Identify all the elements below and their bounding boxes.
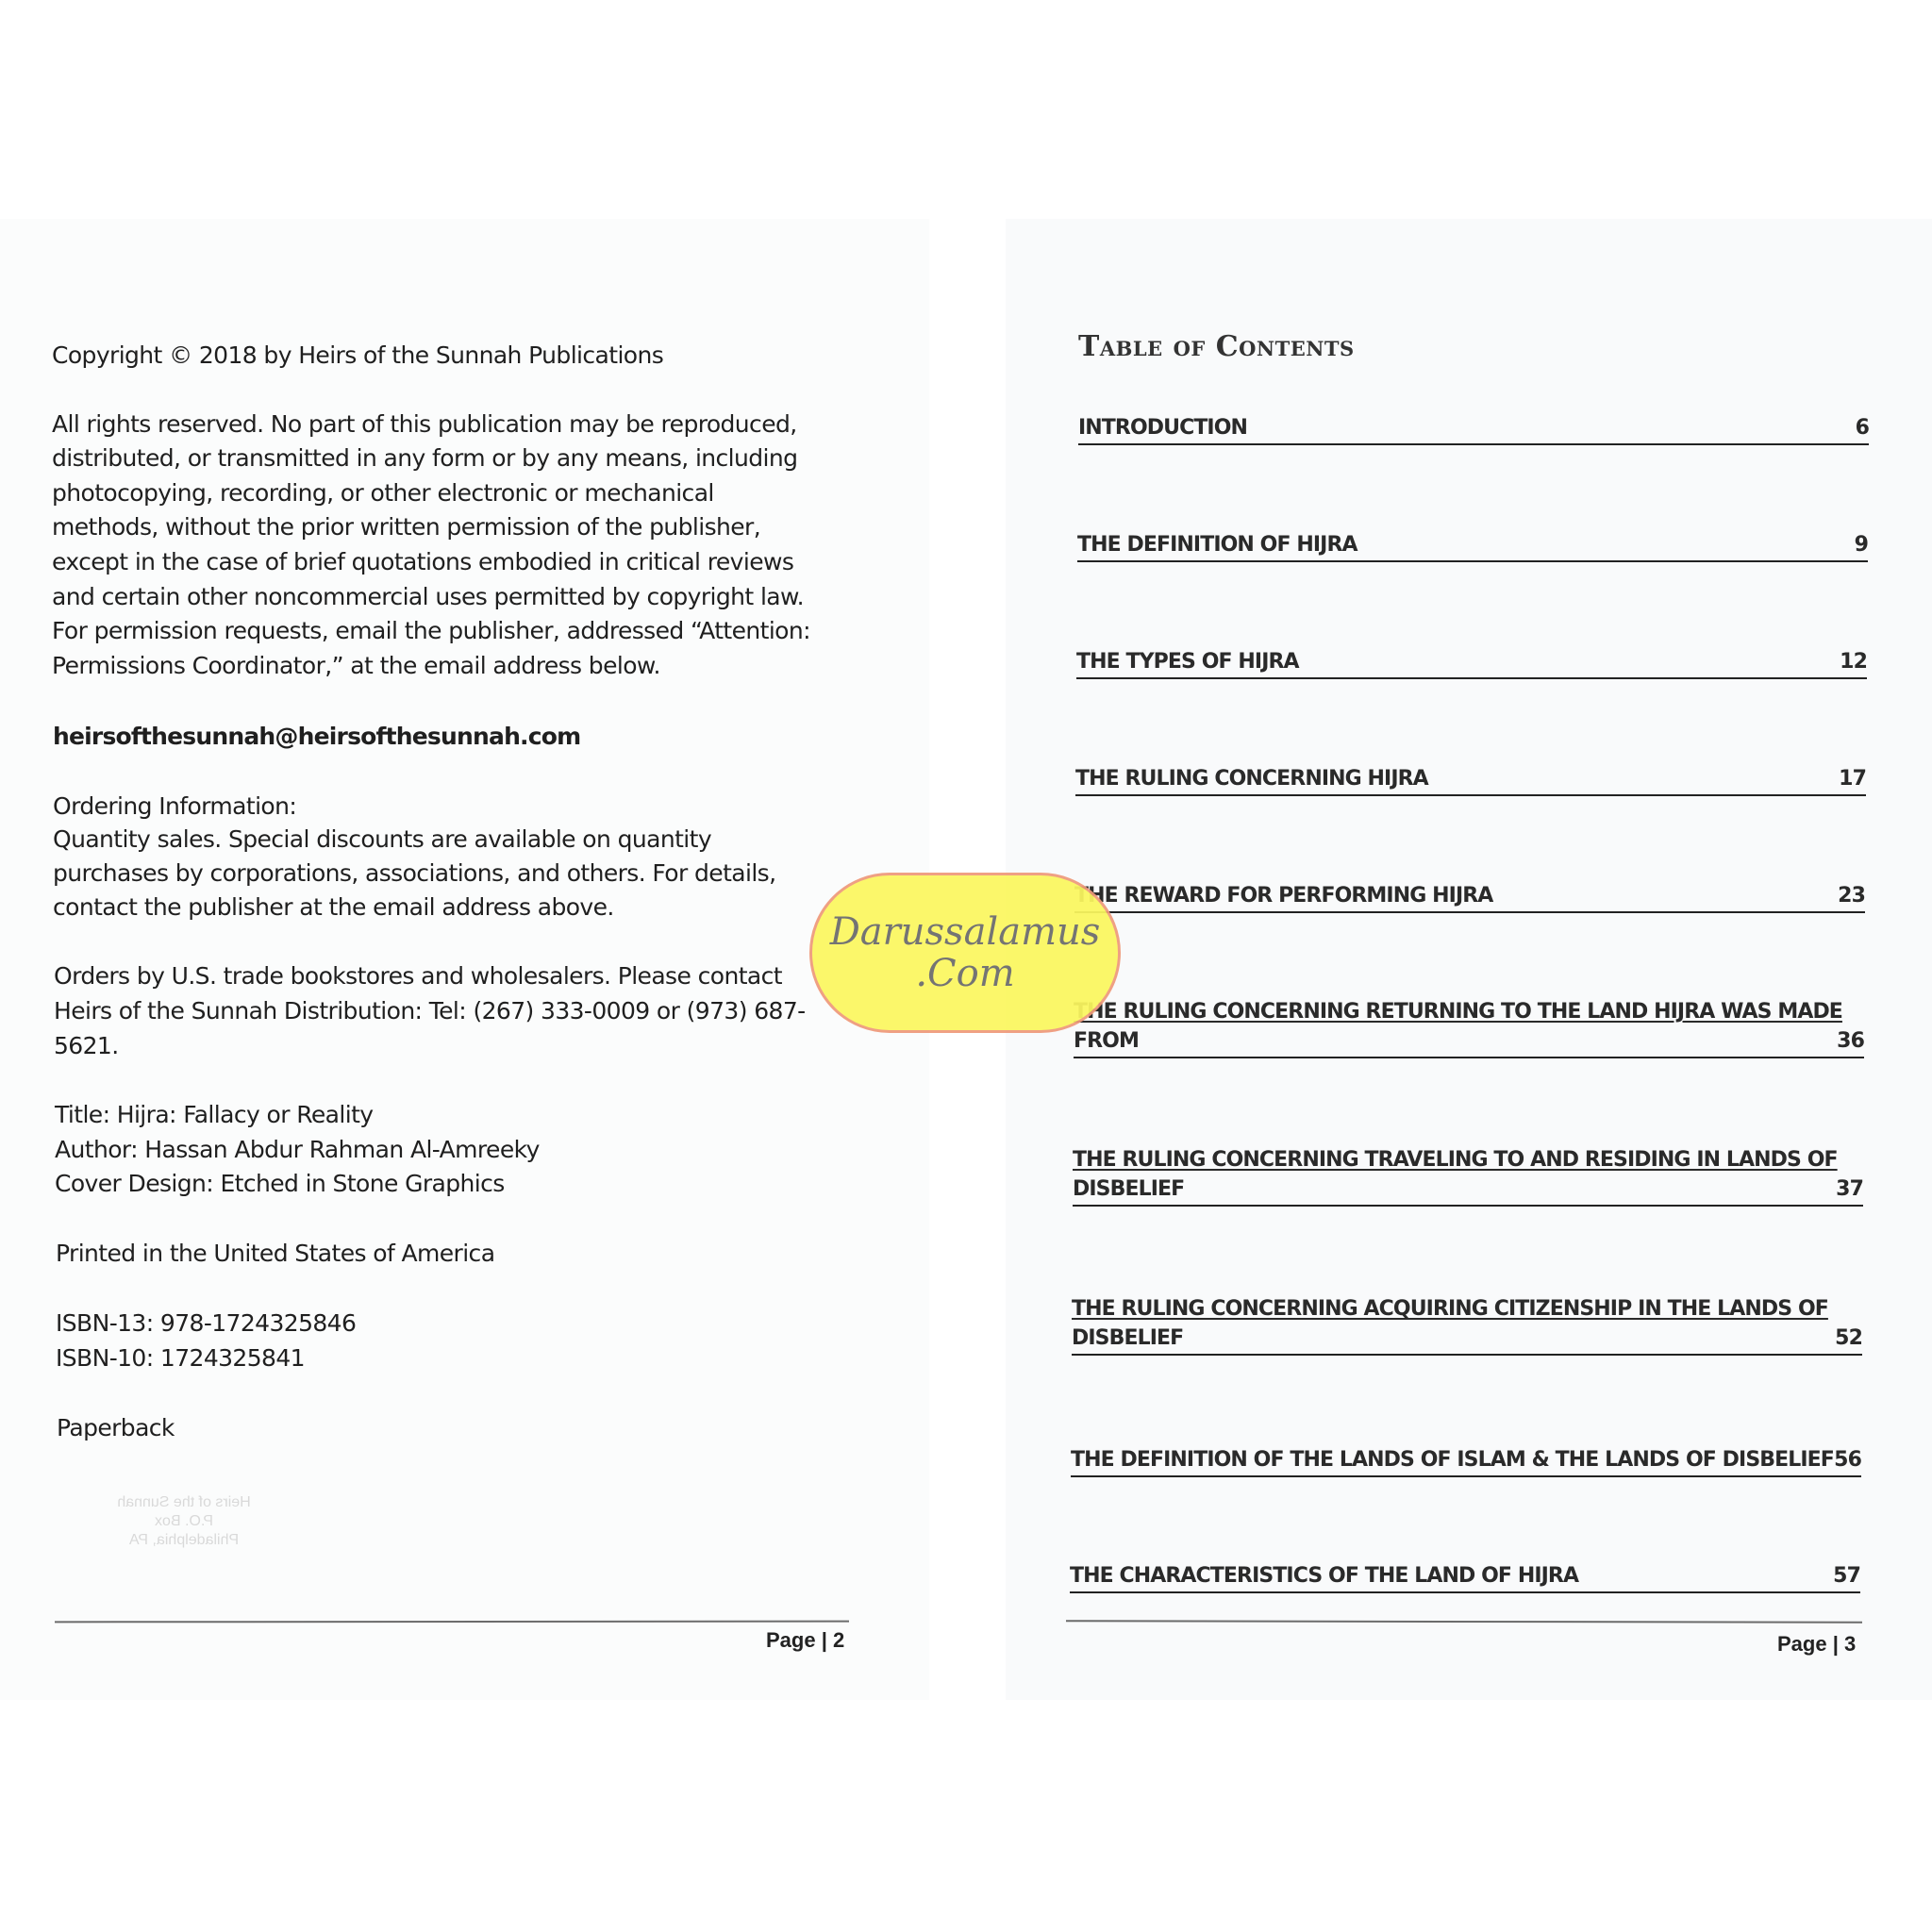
toc-entry[interactable]: THE DEFINITION OF HIJRA9 [1077, 530, 1868, 562]
toc-entry-title-line: THE RULING CONCERNING ACQUIRING CITIZENS… [1072, 1294, 1862, 1324]
toc-entry-title: DISBELIEF [1072, 1324, 1183, 1353]
toc-entry-row: THE REWARD FOR PERFORMING HIJRA23 [1074, 881, 1865, 913]
toc-entry-title: THE TYPES OF HIJRA [1076, 647, 1299, 676]
isbn13-line: ISBN-13: 978-1724325846 [56, 1306, 356, 1341]
toc-entry[interactable]: THE CHARACTERISTICS OF THE LAND OF HIJRA… [1070, 1561, 1860, 1593]
rights-line: Permissions Coordinator,” at the email a… [52, 648, 660, 683]
toc-entry[interactable]: THE RULING CONCERNING ACQUIRING CITIZENS… [1072, 1294, 1862, 1356]
copyright-line: Copyright © 2018 by Heirs of the Sunnah … [52, 338, 663, 373]
rights-line: photocopying, recording, or other electr… [52, 475, 714, 510]
toc-entry-row: THE CHARACTERISTICS OF THE LAND OF HIJRA… [1070, 1561, 1860, 1593]
toc-entry-title: THE CHARACTERISTICS OF THE LAND OF HIJRA [1070, 1561, 1578, 1591]
toc-entry[interactable]: INTRODUCTION6 [1078, 413, 1869, 445]
publisher-email[interactable]: heirsofthesunnah@heirsofthesunnah.com [53, 719, 580, 754]
stamp-line: P.O. Box [90, 1512, 278, 1531]
toc-entry-title: THE DEFINITION OF THE LANDS OF ISLAM & T… [1071, 1445, 1834, 1474]
toc-entry-page: 17 [1839, 764, 1866, 793]
toc-entry[interactable]: THE TYPES OF HIJRA12 [1076, 647, 1867, 679]
rights-line: For permission requests, email the publi… [52, 613, 810, 648]
watermark-badge: Darussalamus .Com [809, 873, 1121, 1033]
book-title-line: Title: Hijra: Fallacy or Reality [55, 1097, 373, 1132]
ordering-line: Quantity sales. Special discounts are av… [53, 822, 711, 857]
format-line: Paperback [57, 1410, 175, 1445]
author-line: Author: Hassan Abdur Rahman Al-Amreeky [55, 1132, 540, 1167]
toc-entry-title-line: THE RULING CONCERNING RETURNING TO THE L… [1074, 997, 1864, 1026]
toc-entry-row: THE DEFINITION OF THE LANDS OF ISLAM & T… [1071, 1445, 1861, 1477]
toc-entry-page: 36 [1837, 1026, 1864, 1056]
toc-entry-row: FROM36 [1074, 1026, 1864, 1058]
watermark-line: Darussalamus [830, 911, 1101, 953]
isbn10-line: ISBN-10: 1724325841 [56, 1341, 305, 1375]
toc-entry-page: 57 [1833, 1561, 1860, 1591]
toc-entry[interactable]: THE RULING CONCERNING HIJRA17 [1075, 764, 1866, 796]
watermark-line: .Com [915, 953, 1014, 994]
toc-entry-page: 12 [1840, 647, 1867, 676]
toc-entry-row: DISBELIEF37 [1073, 1174, 1863, 1207]
rights-line: All rights reserved. No part of this pub… [52, 407, 797, 441]
page-number: Page | 3 [1777, 1632, 1856, 1657]
toc-entry-page: 23 [1838, 881, 1865, 910]
toc-entry-title: THE REWARD FOR PERFORMING HIJRA [1074, 881, 1492, 910]
toc-entry-title-line: THE RULING CONCERNING TRAVELING TO AND R… [1073, 1145, 1863, 1174]
toc-entry-row: DISBELIEF52 [1072, 1324, 1862, 1356]
toc-entry[interactable]: THE RULING CONCERNING TRAVELING TO AND R… [1073, 1145, 1863, 1207]
toc-entry-page: 37 [1836, 1174, 1863, 1204]
toc-entry-title: THE DEFINITION OF HIJRA [1077, 530, 1357, 559]
toc-entry[interactable]: THE DEFINITION OF THE LANDS OF ISLAM & T… [1071, 1445, 1861, 1477]
toc-entry-title: THE RULING CONCERNING HIJRA [1075, 764, 1428, 793]
toc-entry-title: INTRODUCTION [1078, 413, 1247, 442]
printed-line: Printed in the United States of America [56, 1236, 494, 1271]
ordering-heading: Ordering Information: [53, 789, 296, 824]
toc-entry-page: 56 [1834, 1445, 1861, 1474]
trade-line: Heirs of the Sunnah Distribution: Tel: (… [54, 993, 806, 1028]
stamp-line: Philadelphia, PA [90, 1531, 278, 1550]
toc-entry-row: THE TYPES OF HIJRA12 [1076, 647, 1867, 679]
toc-entry-page: 52 [1835, 1324, 1862, 1353]
rights-line: methods, without the prior written permi… [52, 509, 760, 544]
toc-entry-row: INTRODUCTION6 [1078, 413, 1869, 445]
toc-entry[interactable]: THE REWARD FOR PERFORMING HIJRA23 [1074, 881, 1865, 913]
rights-line: except in the case of brief quotations e… [52, 544, 793, 579]
toc-entry[interactable]: THE RULING CONCERNING RETURNING TO THE L… [1074, 997, 1864, 1058]
rights-line: and certain other noncommercial uses per… [52, 579, 804, 614]
toc-entry-title: FROM [1074, 1026, 1139, 1056]
rights-line: distributed, or transmitted in any form … [52, 441, 797, 475]
toc-entry-title: DISBELIEF [1073, 1174, 1184, 1204]
page-number: Page | 2 [766, 1628, 844, 1653]
cover-design-line: Cover Design: Etched in Stone Graphics [55, 1166, 505, 1201]
ordering-line: contact the publisher at the email addre… [53, 890, 614, 924]
stamp-line: Heirs of the Sunnah [90, 1493, 278, 1512]
toc-entry-page: 6 [1856, 413, 1869, 442]
trade-line: Orders by U.S. trade bookstores and whol… [54, 958, 782, 993]
ordering-line: purchases by corporations, associations,… [53, 856, 775, 891]
toc-title: Table of Contents [1078, 330, 1355, 363]
trade-line: 5621. [54, 1028, 119, 1063]
toc-entry-row: THE DEFINITION OF HIJRA9 [1077, 530, 1868, 562]
toc-entry-page: 9 [1855, 530, 1868, 559]
toc-entry-row: THE RULING CONCERNING HIJRA17 [1075, 764, 1866, 796]
bleed-through-stamp: Heirs of the Sunnah P.O. Box Philadelphi… [90, 1493, 278, 1550]
